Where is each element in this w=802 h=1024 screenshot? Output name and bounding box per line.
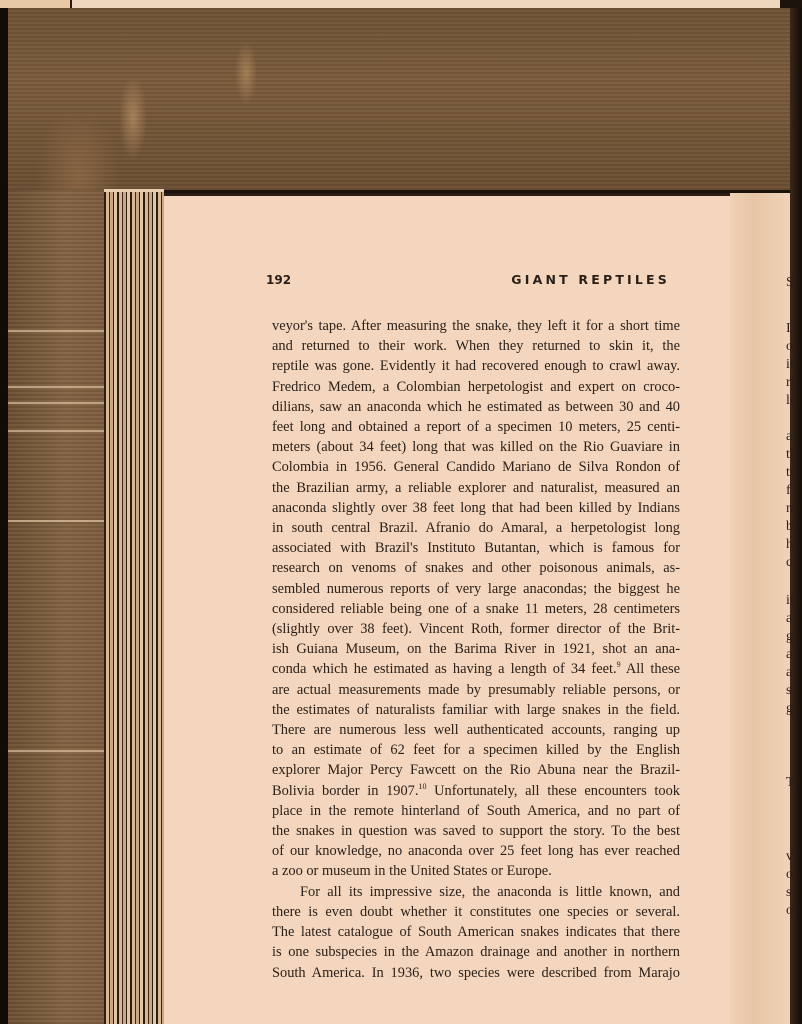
page-stack-edges (104, 192, 164, 1024)
text-line-with-footnote: conda which he estimated as having a len… (272, 659, 680, 679)
text-line: to an estimate of 62 feet for a specimen… (272, 740, 680, 760)
text-line: the estimates of naturalists familiar wi… (272, 700, 680, 720)
facing-page-glyph: ri (786, 374, 794, 392)
text-line: There are numerous less well authenticat… (272, 720, 680, 740)
facing-page-glyph: h (786, 536, 793, 554)
facing-page-glyph: ti (786, 464, 794, 482)
text-line: place in the remote hinterland of South … (272, 801, 680, 821)
text-line: associated with Brazil's Instituto Butan… (272, 538, 680, 558)
text-line: The latest catalogue of South American s… (272, 922, 680, 942)
left-book-edge (8, 190, 104, 1024)
text-fragment: Unfortunately, all these encounters took (426, 783, 680, 799)
text-line: sembled numerous reports of very large a… (272, 579, 680, 599)
text-line: reptile was gone. Evidently it had recov… (272, 356, 680, 376)
facing-page-glyph: f (786, 482, 791, 500)
text-line: considered reliable being one of a snake… (272, 599, 680, 619)
text-line: For all its impressive size, the anacond… (272, 882, 680, 902)
text-line: dilians, saw an anaconda which he estima… (272, 397, 680, 417)
text-line: in south central Brazil. Afranio do Amar… (272, 518, 680, 538)
facing-page-glyph: s (786, 884, 791, 902)
facing-page-glyph: o (786, 902, 793, 920)
facing-page-fragment: SIoicrilcatltifnbhcitagaasgTvoso (780, 0, 794, 1024)
body-text: veyor's tape. After measuring the snake,… (272, 316, 680, 983)
text-line: Fredrico Medem, a Colombian herpetologis… (272, 377, 680, 397)
paragraph-2: For all its impressive size, the anacond… (272, 882, 680, 983)
left-edge-line (8, 750, 104, 752)
facing-page-glyph: a (786, 428, 792, 446)
facing-page-glyph: v (786, 848, 793, 866)
text-line: a zoo or museum in the United States or … (272, 861, 680, 881)
text-fragment: All these (621, 661, 680, 677)
text-line-with-footnote: Bolivia border in 1907.10 Unfortunately,… (272, 781, 680, 801)
top-paper-edge (0, 0, 802, 8)
facing-page-glyph: T (786, 774, 794, 792)
facing-page-glyph: g (786, 700, 793, 718)
facing-page-glyph: a (786, 646, 792, 664)
facing-page-glyph: I (786, 320, 791, 338)
text-line: research on venoms of snakes and other p… (272, 558, 680, 578)
text-line: there is even doubt whether it constitut… (272, 902, 680, 922)
facing-page-glyph: n (786, 500, 793, 518)
text-line: and returned to their work. When they re… (272, 336, 680, 356)
left-edge-line (8, 386, 104, 388)
left-edge-line (8, 520, 104, 522)
text-line: (slightly over 38 feet). Vincent Roth, f… (272, 619, 680, 639)
paragraph-1: veyor's tape. After measuring the snake,… (272, 316, 680, 882)
text-line: of our knowledge, no anaconda over 25 fe… (272, 841, 680, 861)
text-line: are actual measurements made by presumab… (272, 680, 680, 700)
facing-page-glyph: ic (786, 356, 794, 374)
facing-page-glyph: g (786, 628, 793, 646)
facing-page-glyph: a (786, 664, 792, 682)
text-fragment: conda which he estimated as having a len… (272, 661, 617, 677)
facing-page-glyph: S (786, 274, 794, 292)
left-scan-edge (0, 8, 8, 1024)
text-line: the Brazilian army, a reliable explorer … (272, 478, 680, 498)
facing-page-glyph: o (786, 866, 793, 884)
facing-page-glyph: s (786, 682, 791, 700)
left-edge-line (8, 402, 104, 404)
text-line: South America. In 1936, two species were… (272, 963, 680, 983)
facing-page-glyph: a (786, 610, 792, 628)
running-head: 192 GIANT REPTILES (266, 273, 670, 291)
facing-page-glyph: b (786, 518, 793, 536)
text-line: is one subspecies in the Amazon drainage… (272, 942, 680, 962)
text-line: veyor's tape. After measuring the snake,… (272, 316, 680, 336)
text-fragment: Bolivia border in 1907. (272, 783, 418, 799)
text-line: ish Guiana Museum, on the Barima River i… (272, 639, 680, 659)
text-line: the snakes in question was saved to supp… (272, 821, 680, 841)
left-edge-line (8, 330, 104, 332)
text-line: feet long and obtained a report of a spe… (272, 417, 680, 437)
text-line: explorer Major Percy Fawcett on the Rio … (272, 760, 680, 780)
facing-page-glyph: it (786, 592, 794, 610)
facing-page-glyph: lc (786, 392, 794, 410)
text-line: meters (about 34 feet) long that was kil… (272, 437, 680, 457)
facing-page-glyph: c (786, 554, 792, 572)
page-number: 192 (266, 273, 291, 287)
text-line: anaconda slightly over 38 feet long that… (272, 498, 680, 518)
facing-page-glyph: tl (786, 446, 794, 464)
text-line: Colombia in 1956. General Candido Marian… (272, 457, 680, 477)
scan-backdrop (8, 8, 790, 190)
chapter-title: GIANT REPTILES (511, 272, 670, 287)
facing-page-glyph: o (786, 338, 793, 356)
left-edge-line (8, 430, 104, 432)
